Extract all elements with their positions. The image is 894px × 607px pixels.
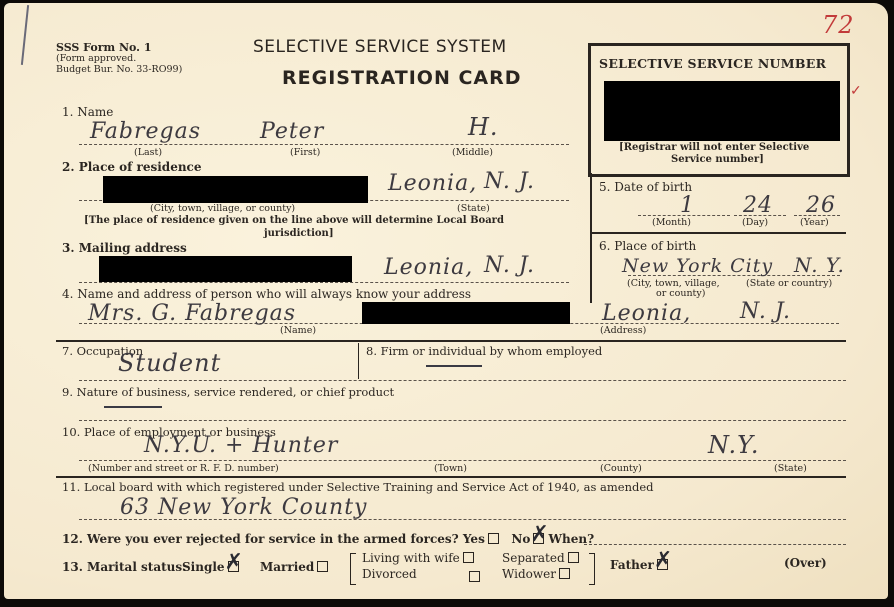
service-number-title: SELECTIVE SERVICE NUMBER: [599, 56, 826, 71]
dob-label: 5. Date of birth: [599, 180, 692, 194]
living-with-wife-checkbox[interactable]: [463, 552, 474, 563]
business-nature-label: 9. Nature of business, service rendered,…: [62, 385, 394, 399]
name-middle-caption: (Middle): [452, 147, 493, 158]
service-number-note-line2: Service number]: [671, 154, 764, 165]
employer-underline: [426, 365, 482, 367]
contact-state: N. J.: [740, 299, 791, 324]
local-board-line: [79, 519, 846, 520]
pob-state: N. Y.: [794, 253, 845, 277]
business-nature-underline: [104, 406, 162, 408]
residence-state-caption: (State): [457, 203, 490, 214]
title-registration-card: REGISTRATION CARD: [282, 67, 522, 89]
father-label: Father: [610, 558, 654, 572]
name-first: Peter: [260, 119, 324, 144]
occupation-employer-divider: [358, 343, 359, 379]
form-approved-line1: (Form approved.: [56, 53, 136, 64]
contact-name-caption: (Name): [280, 325, 316, 336]
mailing-street-redacted: [99, 256, 352, 282]
employment-place-line: [79, 460, 846, 461]
pob-city: New York City: [622, 255, 773, 277]
pencil-mark: [21, 5, 29, 65]
residence-state: N. J.: [484, 169, 535, 194]
x-mark-icon: ✗: [530, 522, 548, 547]
name-middle: H.: [468, 113, 499, 141]
title-selective-service-system: SELECTIVE SERVICE SYSTEM: [253, 37, 507, 57]
married-label: Married: [260, 560, 314, 574]
over-label: (Over): [784, 556, 827, 570]
local-board-value: 63 New York County: [120, 495, 367, 520]
rejected-no-label: No: [511, 532, 530, 546]
rejected-yes-label: Yes: [463, 532, 485, 546]
father-checkbox[interactable]: ✗: [657, 559, 668, 570]
mailing-city: Leonia,: [384, 255, 473, 280]
right-column-divider: [590, 173, 592, 303]
pob-label: 6. Place of birth: [599, 239, 696, 253]
form-approved-line2: Budget Bur. No. 33-RO99): [56, 64, 182, 75]
dob-year: 26: [806, 193, 836, 218]
residence-label: 2. Place of residence: [62, 160, 202, 174]
dob-day: 24: [743, 193, 773, 218]
single-checkbox[interactable]: ✗: [228, 561, 239, 572]
separated-checkbox[interactable]: [568, 552, 579, 563]
x-mark-icon: ✗: [225, 550, 243, 575]
residence-city-caption: (City, town, village, or county): [150, 203, 295, 214]
divorced-checkbox[interactable]: [469, 571, 480, 582]
employment-state-caption: (State): [774, 463, 807, 474]
page-number-mark: 72: [822, 11, 855, 39]
dob-month-caption: (Month): [652, 217, 691, 228]
name-line: [79, 144, 569, 145]
name-first-caption: (First): [290, 147, 320, 158]
mailing-address-line: [79, 282, 569, 283]
check-icon: ✓: [850, 83, 862, 99]
living-with-wife: Living with wife: [362, 551, 474, 565]
separated: Separated: [502, 551, 579, 565]
dob-pob-divider: [592, 232, 846, 234]
dob-year-caption: (Year): [800, 217, 829, 228]
section-divider-2: [56, 476, 846, 478]
rejected-row: 12. Were you ever rejected for service i…: [62, 532, 594, 546]
selective-service-number-box: SELECTIVE SERVICE NUMBER [Registrar will…: [588, 43, 850, 177]
local-board-label: 11. Local board with which registered un…: [62, 480, 654, 494]
employment-street-caption: (Number and street or R. F. D. number): [88, 463, 279, 474]
business-nature-line: [79, 420, 846, 421]
name-last: Fabregas: [90, 119, 201, 144]
service-number-redacted: [604, 81, 840, 141]
living-with-wife-label: Living with wife: [362, 551, 460, 565]
dob-day-caption: (Day): [742, 217, 768, 228]
marital-bracket-right: [589, 553, 595, 585]
occupation-value: Student: [118, 349, 221, 377]
separated-label: Separated: [502, 551, 565, 565]
widower-label: Widower: [502, 567, 556, 581]
marital-bracket-left: [350, 553, 356, 585]
contact-address-redacted: [362, 302, 570, 324]
residence-note-line1: [The place of residence given on the lin…: [84, 215, 504, 226]
residence-street-redacted: [103, 176, 368, 203]
x-mark-icon: ✗: [654, 548, 672, 573]
contact-person-label: 4. Name and address of person who will a…: [62, 287, 471, 301]
widower-checkbox[interactable]: [559, 568, 570, 579]
residence-city: Leonia,: [388, 171, 477, 196]
contact-person-name: Mrs. G. Fabregas: [88, 301, 296, 326]
residence-note-line2: jurisdiction]: [264, 228, 334, 239]
employment-place-value: N.Y.U. + Hunter: [144, 433, 338, 458]
section-divider-1: [56, 340, 846, 342]
registration-card: SSS Form No. 1 (Form approved. Budget Bu…: [4, 3, 888, 599]
contact-city: Leonia,: [602, 301, 691, 326]
single-label: Single: [182, 560, 225, 574]
contact-address-caption: (Address): [600, 325, 646, 336]
pob-city-caption-line2: or county): [656, 288, 705, 299]
dob-month: 1: [680, 193, 695, 218]
marital-status-label: 13. Marital status:: [62, 560, 187, 574]
rejected-label: 12. Were you ever rejected for service i…: [62, 532, 459, 546]
marital-married: Married: [260, 560, 328, 574]
employment-county-caption: (County): [600, 463, 642, 474]
pob-state-caption: (State or country): [746, 278, 832, 289]
employment-state-value: N.Y.: [708, 431, 759, 459]
widower: Widower: [502, 567, 570, 581]
name-label: 1. Name: [62, 105, 113, 119]
mailing-state: N. J.: [484, 253, 535, 278]
mailing-address-label: 3. Mailing address: [62, 241, 187, 255]
marital-single: Single✗: [182, 560, 239, 574]
employment-town-caption: (Town): [434, 463, 467, 474]
service-number-note-line1: [Registrar will not enter Selective: [619, 142, 809, 153]
divorced: Divorced: [362, 567, 417, 581]
rejected-yes-checkbox[interactable]: [488, 533, 499, 544]
married-checkbox[interactable]: [317, 561, 328, 572]
employer-label: 8. Firm or individual by whom employed: [366, 344, 602, 358]
father: Father✗: [610, 558, 668, 572]
divorced-label: Divorced: [362, 567, 417, 581]
occupation-line: [79, 380, 846, 381]
rejected-when-line: [584, 544, 846, 545]
rejected-no-checkbox[interactable]: ✗: [533, 533, 544, 544]
name-last-caption: (Last): [134, 147, 162, 158]
